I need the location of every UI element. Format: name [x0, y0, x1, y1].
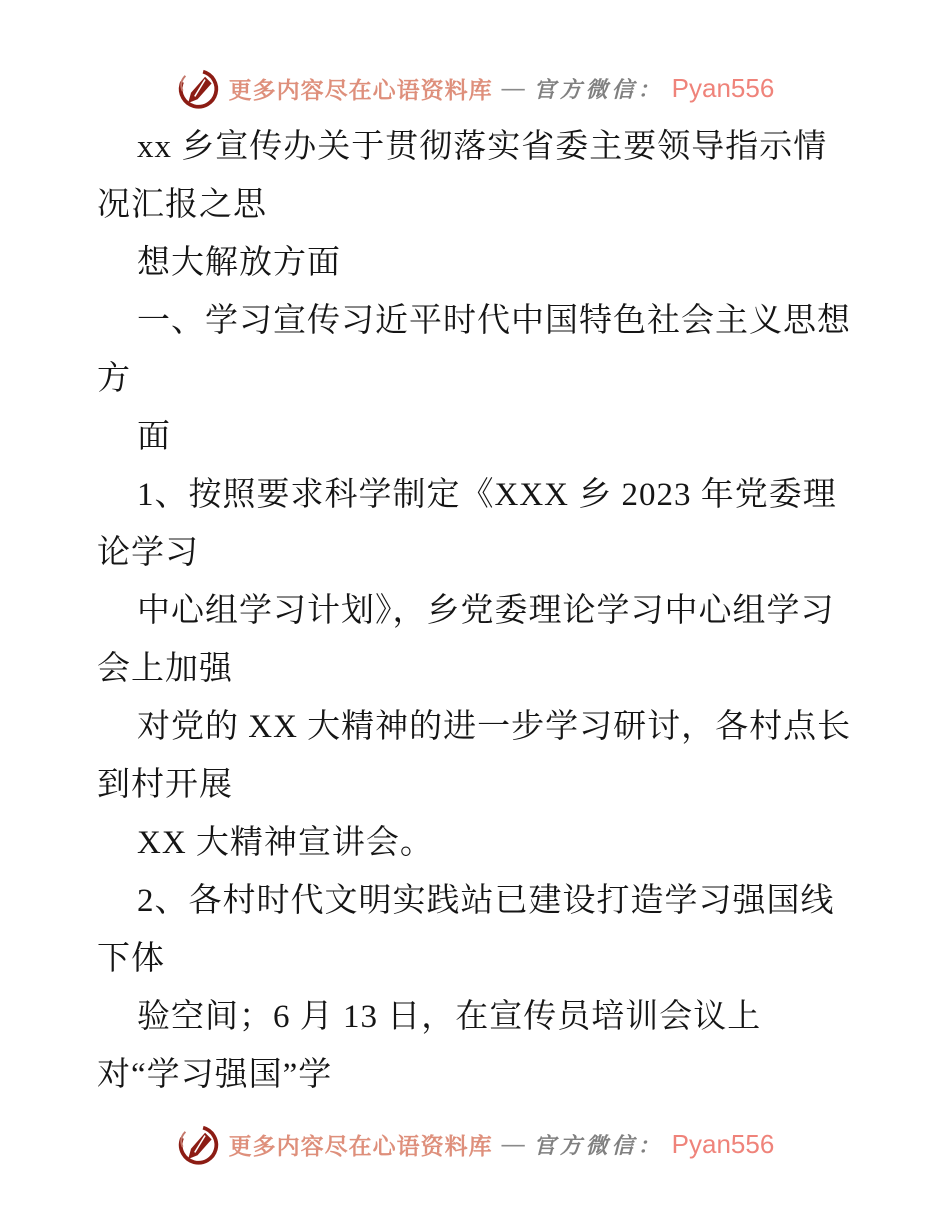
document-line: 想大解放方面 — [97, 234, 863, 292]
document-line: 会上加强 — [97, 640, 863, 698]
wechat-account: Pyan556 — [672, 1129, 775, 1160]
document-line: XX 大精神宣讲会。 — [97, 814, 863, 872]
document-line: 方 — [97, 350, 863, 408]
pen-circle-logo-icon — [176, 1119, 221, 1169]
document-line: 论学习 — [97, 524, 863, 582]
document-line: 到村开展 — [97, 756, 863, 814]
document-line: 对“学习强国”学 — [97, 1046, 863, 1104]
dash-separator: — — [502, 1131, 525, 1157]
document-line: 2、各村时代文明实践站已建设打造学习强国线 — [97, 872, 863, 930]
document-line: 一、学习宣传习近平时代中国特色社会主义思想 — [97, 292, 863, 350]
dash-separator: — — [502, 75, 525, 101]
document-line: 下体 — [97, 930, 863, 988]
document-line: 验空间；6 月 13 日，在宣传员培训会议上 — [97, 988, 863, 1046]
document-line: 1、按照要求科学制定《XXX 乡 2023 年党委理 — [97, 466, 863, 524]
pen-circle-logo-icon — [176, 63, 221, 113]
document-line: 对党的 XX 大精神的进一步学习研讨，各村点长 — [97, 698, 863, 756]
watermark-footer: 更多内容尽在心语资料库—官方微信： Pyan556 — [0, 1118, 950, 1170]
document-line: xx 乡宣传办关于贯彻落实省委主要领导指示情 — [97, 118, 863, 176]
document-line: 况汇报之思 — [97, 176, 863, 234]
watermark-header: 更多内容尽在心语资料库—官方微信： Pyan556 — [0, 62, 950, 114]
wechat-label: 官方微信： — [534, 1129, 664, 1160]
document-line: 面 — [97, 408, 863, 466]
document-body: xx 乡宣传办关于贯彻落实省委主要领导指示情 况汇报之思 想大解放方面 一、学习… — [97, 118, 863, 1104]
brand-text: 更多内容尽在心语资料库 — [229, 1128, 493, 1161]
document-line: 中心组学习计划》，乡党委理论学习中心组学习 — [97, 582, 863, 640]
brand-text: 更多内容尽在心语资料库 — [229, 72, 493, 105]
wechat-label: 官方微信： — [534, 73, 664, 104]
wechat-account: Pyan556 — [672, 73, 775, 104]
